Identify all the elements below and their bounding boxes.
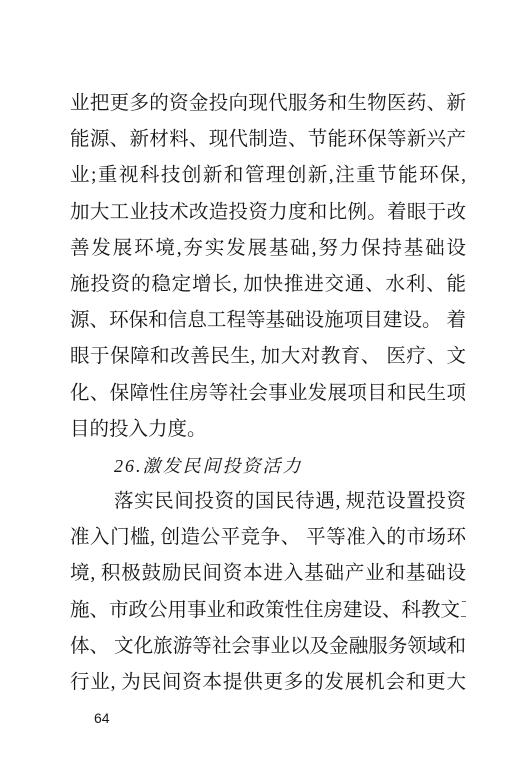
text-block: 业把更多的资金投向现代服务和生物医药、新能源、新材料、现代制造、节能环保等新兴产… xyxy=(70,86,466,701)
text-line: 化、保障性住房等社会事业发展项目和民生项 xyxy=(70,376,466,412)
text-line: 落实民间投资的国民待遇, 规范设置投资 xyxy=(70,484,466,520)
text-line: 境, 积极鼓励民间资本进入基础产业和基础设 xyxy=(70,556,466,592)
text-line: 加大工业技术改造投资力度和比例。着眼于改 xyxy=(70,195,466,231)
text-line: 源、环保和信息工程等基础设施项目建设。 着 xyxy=(70,303,466,339)
text-line: 体、 文化旅游等社会事业以及金融服务领域和 xyxy=(70,629,466,665)
text-line: 施、市政公用事业和政策性住房建设、科教文卫 xyxy=(70,593,466,629)
text-line: 业把更多的资金投向现代服务和生物医药、新 xyxy=(70,86,466,122)
text-line: 准入门槛, 创造公平竞争、 平等准入的市场环 xyxy=(70,520,466,556)
page-number: 64 xyxy=(94,708,110,728)
text-line: 善发展环境,夯实发展基础,努力保持基础设 xyxy=(70,231,466,267)
text-line: 能源、新材料、现代制造、节能环保等新兴产 xyxy=(70,122,466,158)
text-line: 施投资的稳定增长, 加快推进交通、水利、能 xyxy=(70,267,466,303)
text-line: 目的投入力度。 xyxy=(70,412,466,448)
document-page: 业把更多的资金投向现代服务和生物医药、新能源、新材料、现代制造、节能环保等新兴产… xyxy=(0,0,529,774)
text-line: 眼于保障和改善民生, 加大对教育、 医疗、文 xyxy=(70,339,466,375)
section-heading: 26.激发民间投资活力 xyxy=(70,448,466,484)
text-line: 业;重视科技创新和管理创新,注重节能环保, xyxy=(70,158,466,194)
text-line: 行业, 为民间资本提供更多的发展机会和更大 xyxy=(70,665,466,701)
